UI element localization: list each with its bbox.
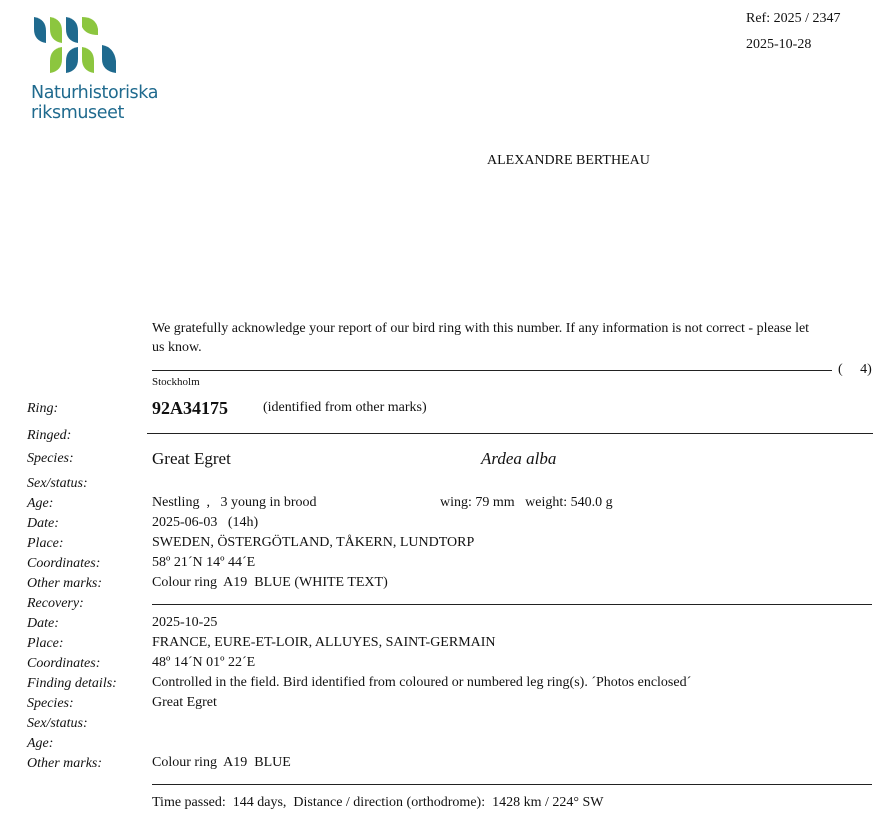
recovery-date-label: Date: xyxy=(27,616,59,632)
recovery-place-label: Place: xyxy=(27,636,64,652)
divider xyxy=(152,604,872,605)
recovery-coords-label: Coordinates: xyxy=(27,656,100,672)
recovery-marks-label: Other marks: xyxy=(27,756,102,772)
ringed-sex-label: Sex/status: xyxy=(27,476,88,492)
ringed-place-value: SWEDEN, ÖSTERGÖTLAND, TÅKERN, LUNDTORP xyxy=(152,535,474,551)
organization-name: Naturhistoriska riksmuseet xyxy=(31,83,158,123)
ring-scheme-city: Stockholm xyxy=(152,376,200,388)
recovery-place-value: FRANCE, EURE-ET-LOIR, ALLUYES, SAINT-GER… xyxy=(152,635,496,651)
ringed-marks-value: Colour ring A19 BLUE (WHITE TEXT) xyxy=(152,575,388,591)
ringed-place-label: Place: xyxy=(27,536,64,552)
ringed-species-label: Species: xyxy=(27,451,74,467)
recovery-finding-label: Finding details: xyxy=(27,676,117,692)
recovery-finding-value: Controlled in the field. Bird identified… xyxy=(152,675,691,691)
divider xyxy=(147,433,873,434)
recovery-sex-label: Sex/status: xyxy=(27,716,88,732)
recovery-marks-value: Colour ring A19 BLUE xyxy=(152,755,291,771)
ringed-coords-label: Coordinates: xyxy=(27,556,100,572)
divider xyxy=(152,784,872,785)
organization-name-line2: riksmuseet xyxy=(31,103,158,123)
recovery-date-value: 2025-10-25 xyxy=(152,615,217,631)
ring-label: Ring: xyxy=(27,401,58,417)
organization-name-line1: Naturhistoriska xyxy=(31,83,158,103)
ringed-age-label: Age: xyxy=(27,496,53,512)
ringed-date-label: Date: xyxy=(27,516,59,532)
ringed-coords-value: 58º 21´N 14º 44´E xyxy=(152,555,255,571)
ringed-measurements: wing: 79 mm weight: 540.0 g xyxy=(440,495,613,511)
ringed-date-value: 2025-06-03 (14h) xyxy=(152,515,258,531)
intro-text: We gratefully acknowledge your report of… xyxy=(152,319,812,357)
page-marker: ( 4) xyxy=(838,362,872,378)
letter-date: 2025-10-28 xyxy=(746,37,811,53)
divider xyxy=(152,370,832,371)
recipient-name: ALEXANDRE BERTHEAU xyxy=(487,153,650,169)
ringed-species-common: Great Egret xyxy=(152,449,231,469)
recovery-coords-value: 48º 14´N 01º 22´E xyxy=(152,655,255,671)
ringed-section-label: Ringed: xyxy=(27,428,71,444)
reference-number: Ref: 2025 / 2347 xyxy=(746,11,841,27)
recovery-species-label: Species: xyxy=(27,696,74,712)
recovery-age-label: Age: xyxy=(27,736,53,752)
summary-text: Time passed: 144 days, Distance / direct… xyxy=(152,795,603,811)
recovery-species-value: Great Egret xyxy=(152,695,217,711)
ring-note: (identified from other marks) xyxy=(263,400,427,416)
ringed-species-latin: Ardea alba xyxy=(481,449,556,469)
ringed-age-value: Nestling , 3 young in brood xyxy=(152,495,317,511)
ringed-marks-label: Other marks: xyxy=(27,576,102,592)
ring-number: 92A34175 xyxy=(152,398,228,419)
recovery-section-label: Recovery: xyxy=(27,596,84,612)
museum-logo-icon xyxy=(32,15,122,75)
